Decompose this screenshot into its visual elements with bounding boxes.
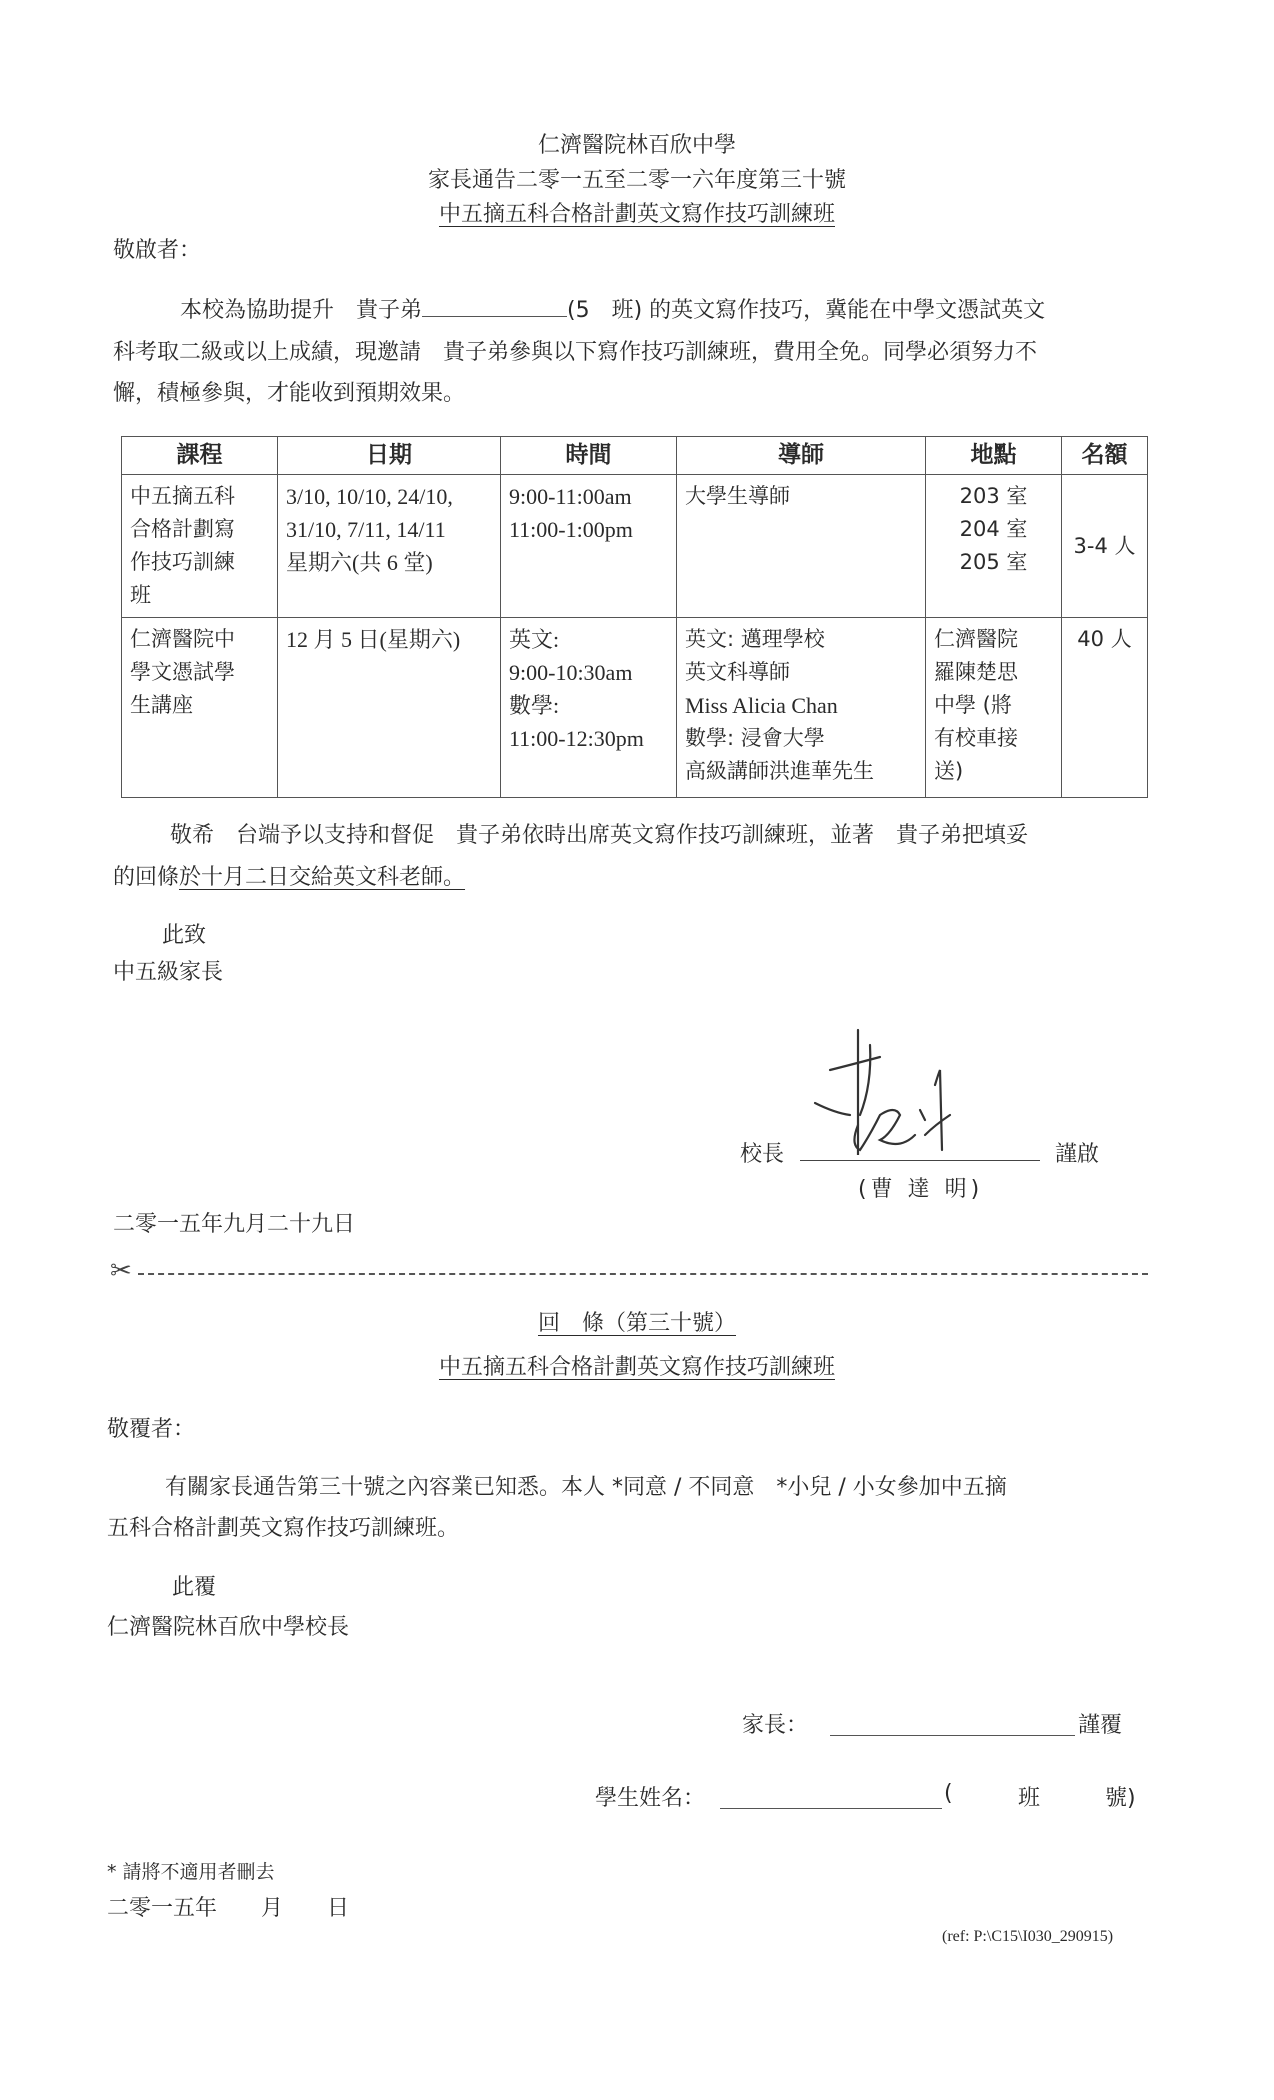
cell-text: 203 室 [934,480,1053,513]
reply-recipient: 仁濟醫院林百欣中學校長 [107,1610,349,1641]
reply-title: 回 條（第三十號） [0,1306,1274,1337]
cell-text: 仁濟醫院 [934,623,1053,656]
salutation: 敬啟者： [113,233,201,264]
cell-date: 12 月 5 日(星期六) [278,618,501,798]
cell-text: 星期六(共 6 堂) [286,546,492,579]
para2-text-a: 的回條 [113,865,179,890]
cell-text: 中學 (將 [934,689,1053,722]
student-name-label: 學生姓名： [595,1781,705,1812]
notice-title: 中五摘五科合格計劃英文寫作技巧訓練班 [0,197,1274,228]
reply-body-line-1: 有關家長通告第三十號之內容業已知悉。本人 *同意 / 不同意 *小兒 / 小女參… [165,1470,1007,1501]
footnote: * 請將不適用者刪去 [107,1857,275,1884]
parent-suffix: 謹覆 [1078,1708,1122,1739]
cell-tutor: 大學生導師 [677,475,926,618]
table-row: 仁濟醫院中 學文憑試學 生講座 12 月 5 日(星期六) 英文: 9:00-1… [122,618,1148,798]
reply-salutation: 敬覆者： [107,1412,195,1443]
signature-icon [810,1025,990,1155]
student-name-field[interactable] [720,1808,942,1809]
cut-line [138,1273,1148,1275]
notice-date: 二零一五年九月二十九日 [113,1207,355,1238]
class-label: 班 [1018,1781,1040,1812]
cell-text: 英文科導師 [685,656,917,689]
cell-text: 班 [130,579,269,612]
cell-course: 中五摘五科 合格計劃寫 作技巧訓練 班 [122,475,278,618]
header-quota: 名額 [1062,437,1148,475]
header-time: 時間 [501,437,677,475]
cell-course: 仁濟醫院中 學文憑試學 生講座 [122,618,278,798]
class-open-paren: ( [944,1781,953,1806]
paragraph-1-line-2: 科考取二級或以上成績，現邀請 貴子弟參與以下寫作技巧訓練班，費用全免。同學必須努… [113,335,1037,366]
student-name-blank [422,316,567,317]
cell-text: 英文: 邁理學校 [685,623,917,656]
cell-text: 合格計劃寫 [130,513,269,546]
signature-label: 校長 [740,1137,784,1168]
reference-code: (ref: P:\C15\I030_290915) [942,1928,1113,1946]
notice-number: 家長通告二零一五至二零一六年度第三十號 [0,163,1274,194]
principal-name: (曹 達 明) [858,1172,983,1203]
cell-text: 數學: 浸會大學 [685,722,917,755]
table-header-row: 課程 日期 時間 導師 地點 名額 [122,437,1148,475]
school-name: 仁濟醫院林百欣中學 [0,128,1274,159]
header-tutor: 導師 [677,437,926,475]
reply-title-text: 回 條（第三十號） [538,1311,736,1336]
cell-text: 仁濟醫院中 [130,623,269,656]
header-venue: 地點 [926,437,1062,475]
reply-subtitle: 中五摘五科合格計劃英文寫作技巧訓練班 [0,1350,1274,1381]
notice-title-text: 中五摘五科合格計劃英文寫作技巧訓練班 [439,202,835,227]
cell-text: 3/10, 10/10, 24/10, [286,480,492,513]
cell-text: 高級講師洪進華先生 [685,755,917,788]
cell-text: 英文: [509,623,668,656]
cell-text: 12 月 5 日(星期六) [286,623,492,656]
number-label: 號) [1105,1781,1136,1812]
cell-text: 31/10, 7/11, 14/11 [286,513,492,546]
reply-closing: 此覆 [172,1570,216,1601]
cell-text: 11:00-1:00pm [509,513,668,546]
recipient: 中五級家長 [113,955,223,986]
cell-tutor: 英文: 邁理學校 英文科導師 Miss Alicia Chan 數學: 浸會大學… [677,618,926,798]
cell-text: 204 室 [934,513,1053,546]
cell-venue: 仁濟醫院 羅陳楚思 中學 (將 有校車接 送) [926,618,1062,798]
paragraph-1-line-1: 本校為協助提升 貴子弟(5 班) 的英文寫作技巧，冀能在中學文憑試英文 [180,293,1045,324]
course-table: 課程 日期 時間 導師 地點 名額 中五摘五科 合格計劃寫 作技巧訓練 班 3/… [121,436,1148,798]
parent-label: 家長： [742,1708,808,1739]
cell-quota: 40 人 [1062,618,1148,798]
header-course: 課程 [122,437,278,475]
cell-text: 9:00-10:30am [509,656,668,689]
cell-quota: 3-4 人 [1062,475,1148,618]
signature-line [800,1160,1040,1161]
cell-text: 11:00-12:30pm [509,722,668,755]
reply-subtitle-text: 中五摘五科合格計劃英文寫作技巧訓練班 [439,1355,835,1380]
cell-text: Miss Alicia Chan [685,689,917,722]
reply-deadline: 於十月二日交給英文科老師。 [179,865,465,890]
reply-date: 二零一五年 月 日 [107,1891,349,1922]
parent-signature-field[interactable] [830,1735,1075,1736]
cell-text: 羅陳楚思 [934,656,1053,689]
para1-text-b: (5 班) 的英文寫作技巧，冀能在中學文憑試英文 [567,298,1045,323]
cell-text: 中五摘五科 [130,480,269,513]
cell-text: 數學: [509,689,668,722]
cell-date: 3/10, 10/10, 24/10, 31/10, 7/11, 14/11 星… [278,475,501,618]
cell-time: 9:00-11:00am 11:00-1:00pm [501,475,677,618]
cell-text: 有校車接 [934,722,1053,755]
para1-text-a: 本校為協助提升 貴子弟 [180,298,422,323]
cell-text: 學文憑試學 [130,656,269,689]
cell-text: 9:00-11:00am [509,480,668,513]
table-row: 中五摘五科 合格計劃寫 作技巧訓練 班 3/10, 10/10, 24/10, … [122,475,1148,618]
cell-text: 生講座 [130,689,269,722]
closing: 此致 [162,918,206,949]
cell-text: 作技巧訓練 [130,546,269,579]
cell-text: 大學生導師 [685,480,917,513]
cell-venue: 203 室 204 室 205 室 [926,475,1062,618]
paragraph-2-line-2: 的回條於十月二日交給英文科老師。 [113,860,465,891]
reply-body-line-2: 五科合格計劃英文寫作技巧訓練班。 [107,1511,459,1542]
paragraph-1-line-3: 懈，積極參與，才能收到預期效果。 [113,376,465,407]
paragraph-2-line-1: 敬希 台端予以支持和督促 貴子弟依時出席英文寫作技巧訓練班，並著 貴子弟把填妥 [170,818,1028,849]
scissors-icon: ✂ [110,1256,132,1286]
cell-text: 送) [934,755,1053,788]
header-date: 日期 [278,437,501,475]
cell-time: 英文: 9:00-10:30am 數學: 11:00-12:30pm [501,618,677,798]
signature-suffix: 謹啟 [1055,1137,1099,1168]
cell-text: 205 室 [934,546,1053,579]
